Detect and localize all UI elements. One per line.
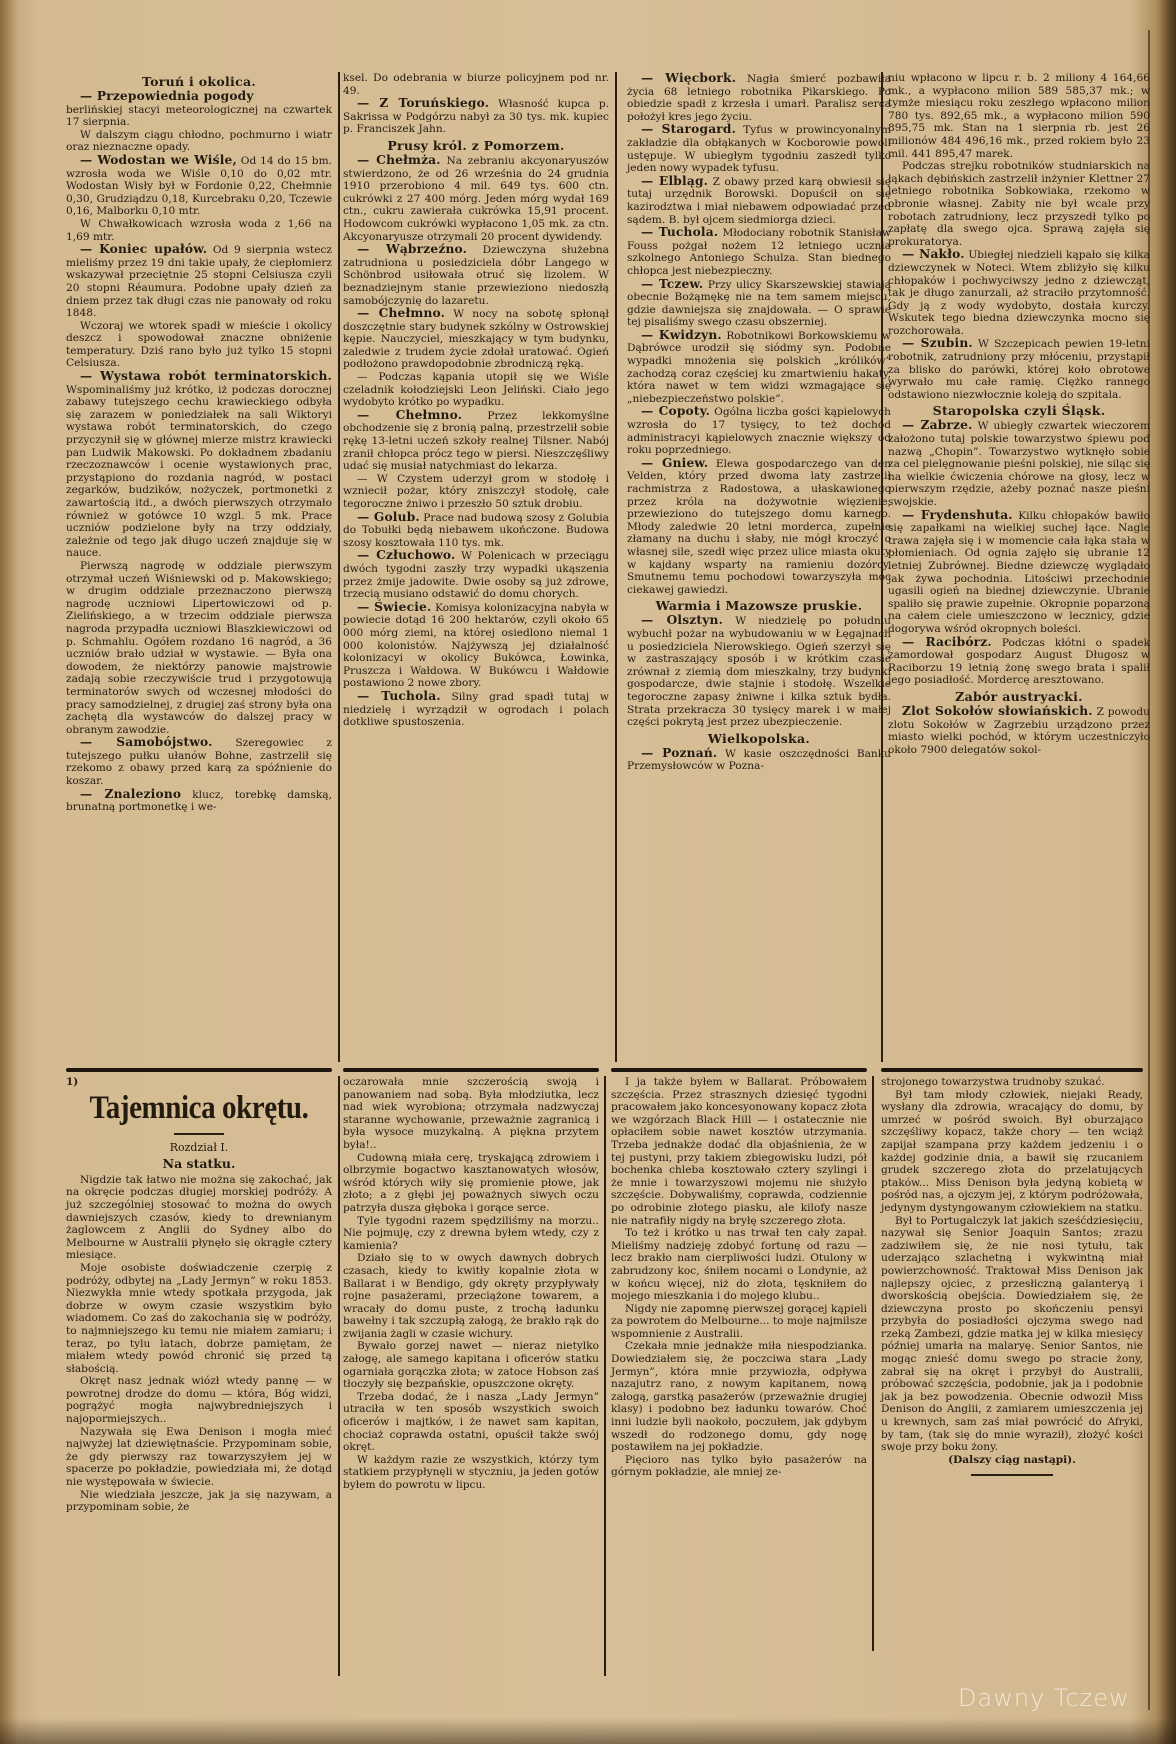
article-heading: — Koniec upałów. — [80, 242, 207, 256]
article-text: Wspominaliśmy już krótko, iż podczas dor… — [66, 384, 332, 560]
serial-paragraph: Czekała mnie jednakże miła niespodzianka… — [611, 1340, 867, 1453]
article-heading: — Racibórz. — [902, 635, 992, 649]
news-column-2: ksel. Do odebrania w biurze policyjnem p… — [343, 72, 609, 729]
article-heading: — Poznań. — [641, 746, 717, 760]
article-heading: — Olsztyn. — [641, 613, 723, 627]
title-rule — [174, 1133, 224, 1135]
chapter-title: Na statku. — [66, 1158, 332, 1171]
end-rule — [971, 1474, 1053, 1476]
article-text: W niedzielę po południu wybuchł pożar na… — [627, 615, 891, 728]
continuation-note: (Dalszy ciąg nastąpi). — [881, 1454, 1143, 1467]
serial-paragraph: Nazywała się Ewa Denison i mogła mieć na… — [66, 1426, 332, 1489]
article-heading: — Tuchola. — [357, 689, 441, 703]
article-heading: Zlot Sokołów słowiańskich. — [902, 704, 1093, 718]
chapter-number: Rozdział I. — [66, 1142, 332, 1155]
article-text: — W Czystem uderzył grom w stodołę i wzn… — [343, 473, 609, 511]
serial-column-3: I ja także byłem w Ballarat. Próbowałem … — [611, 1076, 867, 1479]
article-text: W ubiegły czwartek wieczorem założono tu… — [888, 420, 1150, 508]
serial-title: Tajemnica okrętu. — [82, 1089, 316, 1127]
serial-column-2: oczarowała mnie szczerością swoją i pano… — [343, 1076, 599, 1492]
article-heading: — Kwidzyn. — [641, 328, 722, 342]
article-heading: — Gniew. — [641, 456, 708, 470]
serial-paragraph: oczarowała mnie szczerością swoją i pano… — [343, 1076, 599, 1152]
section-heading: Warmia i Mazowsze pruskie. — [627, 598, 891, 613]
serial-paragraph: Pięcioro nas tylko było pasażerów na gór… — [611, 1454, 867, 1479]
serial-paragraph: Trzeba dodać, że i nasza „Lady Jermyn” u… — [343, 1391, 599, 1454]
article-heading: — Chełmno. — [357, 408, 462, 422]
feuilleton-divider — [881, 1068, 1143, 1072]
article-text: Komisya kolonizacyjna nabyła w powiecie … — [343, 602, 609, 690]
article-heading: — Nakło. — [902, 247, 965, 261]
article-heading: — Z Toruńskiego. — [357, 96, 489, 110]
article-text: W dalszym ciągu chłodno, pochmurno i wia… — [66, 129, 332, 154]
serial-column-1: 1) Tajemnica okrętu. Rozdział I. Na stat… — [66, 1076, 332, 1514]
article-heading: — Świecie. — [357, 600, 431, 614]
article-heading: — Chełmża. — [357, 153, 441, 167]
serial-paragraph: Cudowną miała cerę, tryskającą zdrowiem … — [343, 1152, 599, 1215]
news-column-1: Toruń i okolica. — Przepowiednia pogody … — [66, 72, 332, 814]
article-heading: — Tuchola. — [641, 225, 718, 239]
article-heading: — Copoty. — [641, 404, 710, 418]
column-rule — [338, 72, 340, 1062]
serial-paragraph: Okręt nasz jednak wiózł wtedy pannę — w … — [66, 1375, 332, 1425]
article-text: niu wpłacono w lipcu r. b. 2 miliony 4 1… — [888, 72, 1150, 160]
article-text: Kilku chłopaków bawiło się zapałkami na … — [888, 510, 1150, 635]
column-rule — [338, 1076, 340, 1676]
article-text: Podczas strejku robotników studniarskich… — [888, 160, 1150, 248]
serial-paragraph: To też i krótko u nas trwał ten cały zap… — [611, 1227, 867, 1303]
section-heading: Prusy król. z Pomorzem. — [343, 138, 609, 153]
article-text: ksel. Do odebrania w biurze policyjnem p… — [343, 72, 609, 97]
article-text: — Podczas kąpania utopił się we Wiśle cz… — [343, 371, 609, 409]
section-heading: Toruń i okolica. — [66, 74, 332, 89]
article-heading: — Szubin. — [902, 336, 973, 350]
newspaper-page: Toruń i okolica. — Przepowiednia pogody … — [0, 0, 1176, 1744]
serial-paragraph: Był to Portugalczyk lat jakich sześćdzie… — [881, 1215, 1143, 1454]
article-heading: — Elbląg. — [641, 174, 708, 188]
serial-paragraph: I ja także byłem w Ballarat. Próbowałem … — [611, 1076, 867, 1227]
serial-paragraph: Nie wiedziała jeszcze, jak ja się nazywa… — [66, 1489, 332, 1514]
article-text: Ubiegłej niedzieli kąpało się kilka dzie… — [888, 249, 1150, 337]
feuilleton-divider — [343, 1068, 599, 1072]
section-heading: Wielkopolska. — [627, 731, 891, 746]
article-heading: — Samobójstwo. — [80, 735, 213, 749]
article-heading: — Zabrze. — [902, 418, 973, 432]
page-shadow — [1156, 0, 1176, 1744]
feuilleton-divider — [66, 1068, 332, 1072]
column-rule — [872, 1076, 874, 1651]
news-column-3: — Więcbork. Nagła śmierć pozbawiła życia… — [627, 72, 891, 773]
column-rule — [615, 72, 617, 1062]
article-heading: — Wystawa robót terminatorskich. — [80, 369, 332, 383]
serial-paragraph: Działo się to w owych dawnych dobrych cz… — [343, 1252, 599, 1340]
serial-paragraph: Moje osobiste doświadczenie czerpię z po… — [66, 1262, 332, 1375]
serial-installment-number: 1) — [66, 1076, 332, 1089]
news-column-4: niu wpłacono w lipcu r. b. 2 miliony 4 1… — [888, 72, 1150, 756]
article-heading: — Chełmno. — [357, 306, 445, 320]
serial-column-4: strojonego towarzystwa trudnoby szukać. … — [881, 1076, 1143, 1476]
article-text: W Chwałkowicach wzrosła woda z 1,66 na 1… — [66, 218, 332, 243]
article-heading: — Przepowiednia pogody — [80, 89, 254, 103]
serial-paragraph: Bywało gorzej nawet — nieraz nietylko za… — [343, 1340, 599, 1390]
article-heading: — Więcbork. — [641, 71, 736, 85]
article-text: Pierwszą nagrodę w oddziale pierwszym ot… — [66, 560, 332, 736]
article-heading: — Znaleziono — [80, 787, 181, 801]
article-text: Elewa gospodarczego van den Velden, któr… — [627, 458, 891, 596]
serial-paragraph: Był tam młody człowiek, niejaki Ready, w… — [881, 1089, 1143, 1215]
article-heading: — Człuchowo. — [357, 548, 455, 562]
article-text: Wczoraj we wtorek spadł w mieście i okol… — [66, 320, 332, 370]
feuilleton-divider — [611, 1068, 867, 1072]
article-heading: — Wodostan we Wiśle, — [80, 153, 237, 167]
article-text: berlińskiej stacyi meteorologicznej na c… — [66, 104, 332, 129]
article-heading: — Tczew. — [641, 277, 703, 291]
serial-paragraph: W każdym razie ze wszystkich, którzy tym… — [343, 1454, 599, 1492]
watermark: Dawny Tczew — [958, 1684, 1130, 1712]
section-heading: Staropolska czyli Śląsk. — [888, 403, 1150, 418]
column-rule — [604, 1076, 606, 1676]
page-shadow — [0, 1718, 1176, 1744]
serial-paragraph: strojonego towarzystwa trudnoby szukać. — [881, 1076, 1143, 1089]
serial-paragraph: Tyle tygodni razem spędziliśmy na morzu.… — [343, 1215, 599, 1253]
article-heading: — Wąbrzeźno. — [357, 242, 467, 256]
section-heading: Zabór austryacki. — [888, 689, 1150, 704]
serial-paragraph: Nigdy nie zapomnę pierwszej gorącej kąpi… — [611, 1303, 867, 1341]
article-heading: — Golub. — [357, 510, 420, 524]
article-heading: — Starogard. — [641, 122, 736, 136]
serial-paragraph: Nigdzie tak łatwo nie można się zakochać… — [66, 1174, 332, 1262]
article-heading: — Frydenshuta. — [902, 508, 1013, 522]
article-text: Na zebraniu akcyonaryuszów stwierdzono, … — [343, 155, 609, 243]
